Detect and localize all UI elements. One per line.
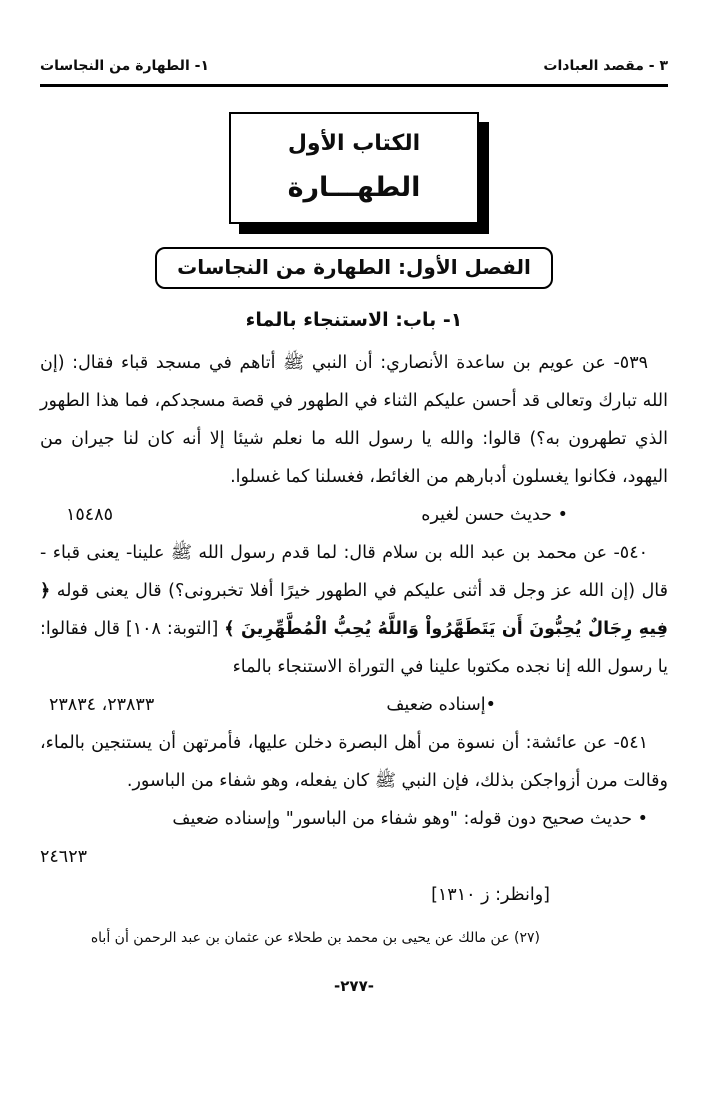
hadith-541-text: ٥٤١- عن عائشة: أن نسوة من أهل البصرة دخل… (40, 724, 668, 800)
hadith-541-see-also: [وانظر: ز ١٣١٠] (40, 876, 550, 914)
book-title: الكتاب الأول (237, 128, 471, 160)
hadith-539-ref-number: ١٥٤٨٥ (66, 496, 113, 534)
header-chapter-title: ١- الطهارة من النجاسات (40, 58, 209, 74)
header-rule (40, 84, 668, 87)
chapter-title-box: الفصل الأول: الطهارة من النجاسات (155, 247, 553, 289)
hadith-539-grading-row: • حديث حسن لغيره ١٥٤٨٥ (40, 496, 668, 534)
hadith-540-ref-numbers: ٢٣٨٣٣، ٢٣٨٣٤ (49, 686, 154, 724)
book-title-box: الكتاب الأول الطهـــارة (229, 112, 479, 224)
chapter-title: الفصل الأول: الطهارة من النجاسات (177, 255, 531, 279)
hadith-539-matn: عن عويم بن ساعدة الأنصاري: أن النبي ﷺ أت… (40, 353, 668, 487)
bab-heading: ١- باب: الاستنجاء بالماء (40, 307, 668, 333)
hadith-541-ref-number: ٢٤٦٢٣ (40, 838, 668, 876)
hadith-539-text: ٥٣٩- عن عويم بن ساعدة الأنصاري: أن النبي… (40, 344, 668, 496)
hadith-540-matn-start: عن محمد بن عبد الله بن سلام قال: لما قدم… (40, 543, 668, 601)
hadith-body: ٥٣٩- عن عويم بن ساعدة الأنصاري: أن النبي… (40, 344, 668, 914)
hadith-540-grading: •إسناده ضعيف (386, 686, 496, 724)
footnote: (٢٧) عن مالك عن يحيى بن محمد بن طحلاء عن… (40, 925, 540, 951)
hadith-540-number: ٥٤٠- (607, 543, 648, 563)
hadith-540-text: ٥٤٠- عن محمد بن عبد الله بن سلام قال: لم… (40, 534, 668, 686)
book-subject-title: الطهـــارة (237, 170, 471, 206)
hadith-541-grading: • حديث صحيح دون قوله: "وهو شفاء من الباس… (40, 800, 668, 838)
page-number: -٢٧٧- (40, 977, 668, 995)
header-section-title: ٣ - مقصد العبادات (543, 58, 668, 74)
book-page: ٣ - مقصد العبادات ١- الطهارة من النجاسات… (0, 0, 708, 1112)
running-header: ٣ - مقصد العبادات ١- الطهارة من النجاسات (40, 58, 668, 74)
hadith-539-grading: • حديث حسن لغيره (421, 496, 568, 534)
hadith-539-number: ٥٣٩- (606, 353, 648, 373)
hadith-541-matn: عن عائشة: أن نسوة من أهل البصرة دخلن علي… (40, 733, 668, 791)
hadith-540-grading-row: •إسناده ضعيف ٢٣٨٣٣، ٢٣٨٣٤ (40, 686, 668, 724)
hadith-541-number: ٥٤١- (607, 733, 648, 753)
